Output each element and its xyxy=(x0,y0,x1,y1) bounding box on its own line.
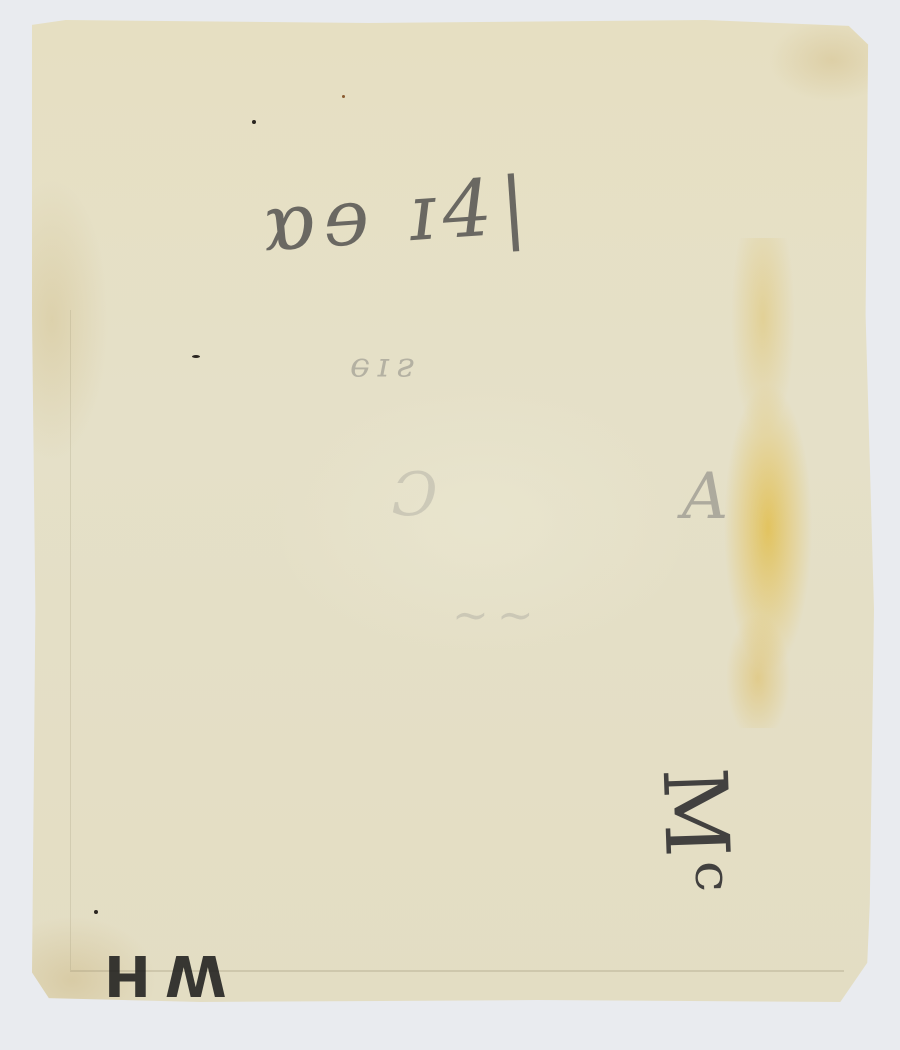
faint-letter-right: A xyxy=(682,460,736,534)
paper-sheet: ɒɘ ɪ4| ƨɪɘ Ɔ A ~~ Mᶜ HW xyxy=(32,20,874,1002)
initials-stamp: HW xyxy=(104,942,241,1007)
speck xyxy=(342,95,345,98)
faint-mark-center: Ɔ xyxy=(392,460,446,530)
speck xyxy=(94,910,98,914)
pencil-inventory-ref: ƨɪɘ xyxy=(342,350,414,390)
pencil-mark-bottom-right: Mᶜ xyxy=(643,765,750,897)
speck xyxy=(252,120,256,124)
faint-mark-mid: ~~ xyxy=(452,590,542,641)
pencil-annotation-top: ɒɘ ɪ4| xyxy=(259,161,537,270)
speck xyxy=(192,355,200,358)
